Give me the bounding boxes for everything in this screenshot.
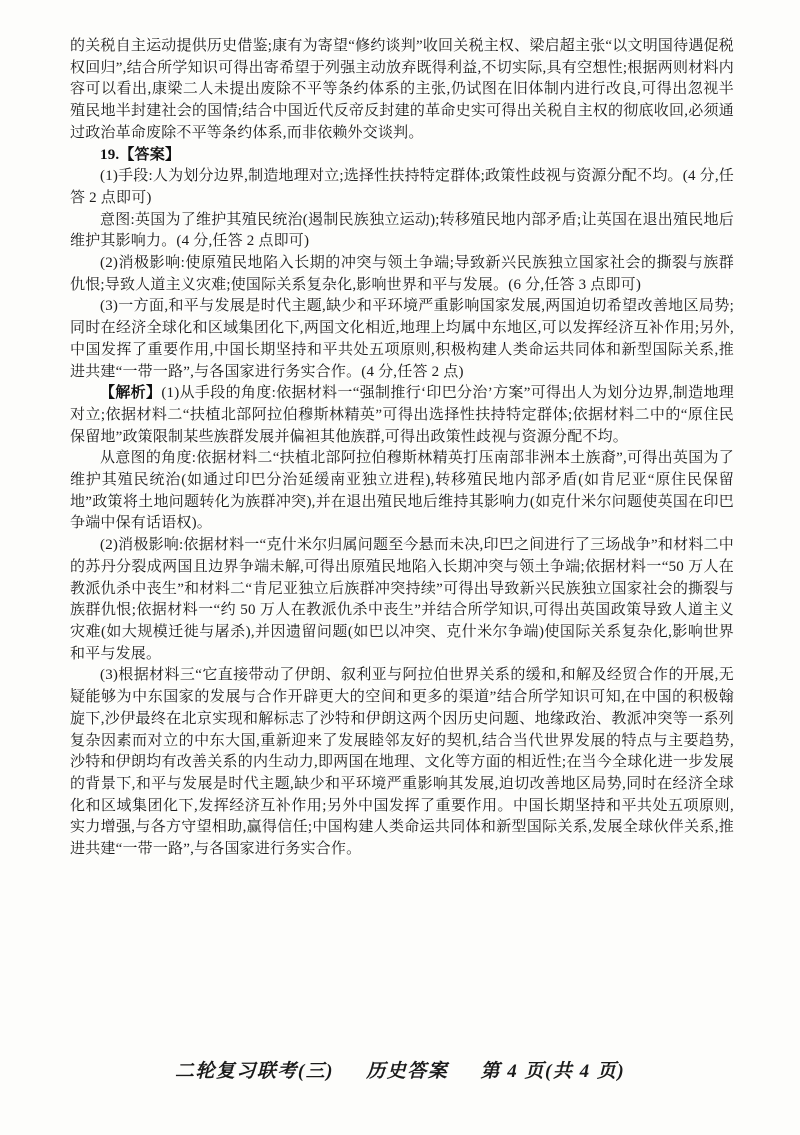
scanned-answer-page: 的关税自主运动提供历史借鉴;康有为寄望“修约谈判”收回关税主权、梁启超主张“以文… bbox=[0, 0, 800, 1135]
paragraph: 的关税自主运动提供历史借鉴;康有为寄望“修约谈判”收回关税主权、梁启超主张“以文… bbox=[70, 36, 734, 145]
document-body: 的关税自主运动提供历史借鉴;康有为寄望“修约谈判”收回关税主权、梁启超主张“以文… bbox=[70, 36, 734, 861]
paragraph: 【解析】(1)从手段的角度:依据材料一“强制推行‘印巴分治’方案”可得出人为划分… bbox=[70, 383, 734, 448]
bold-label: 【解析】 bbox=[100, 385, 161, 401]
paragraph: 从意图的角度:依据材料二“扶植北部阿拉伯穆斯林精英打压南部非洲本土族裔”,可得出… bbox=[70, 448, 734, 535]
paragraph: (2)消极影响:依据材料一“克什米尔归属问题至今悬而未决,印巴之间进行了三场战争… bbox=[70, 535, 734, 665]
bold-label: 19.【答案】 bbox=[100, 147, 180, 163]
answer-heading: 19.【答案】 bbox=[70, 145, 734, 167]
footer-subject: 历史答案 bbox=[366, 1056, 448, 1083]
page-footer: 二轮复习联考(三) 历史答案 第 4 页(共 4 页) bbox=[0, 1056, 800, 1083]
paragraph: (1)手段:人为划分边界,制造地理对立;选择性扶持特定群体;政策性歧视与资源分配… bbox=[70, 166, 734, 209]
footer-exam-title: 二轮复习联考(三) bbox=[175, 1056, 334, 1083]
footer-page-info: 第 4 页(共 4 页) bbox=[481, 1056, 626, 1083]
paragraph: (2)消极影响:使原殖民地陷入长期的冲突与领土争端;导致新兴民族独立国家社会的撕… bbox=[70, 253, 734, 296]
paragraph: (3)一方面,和平与发展是时代主题,缺少和平环境严重影响国家发展,两国迫切希望改… bbox=[70, 296, 734, 383]
paragraph: 意图:英国为了维护其殖民统治(遏制民族独立运动);转移殖民地内部矛盾;让英国在退… bbox=[70, 210, 734, 253]
paragraph: (3)根据材料三“它直接带动了伊朗、叙利亚与阿拉伯世界关系的缓和,和解及经贸合作… bbox=[70, 665, 734, 860]
